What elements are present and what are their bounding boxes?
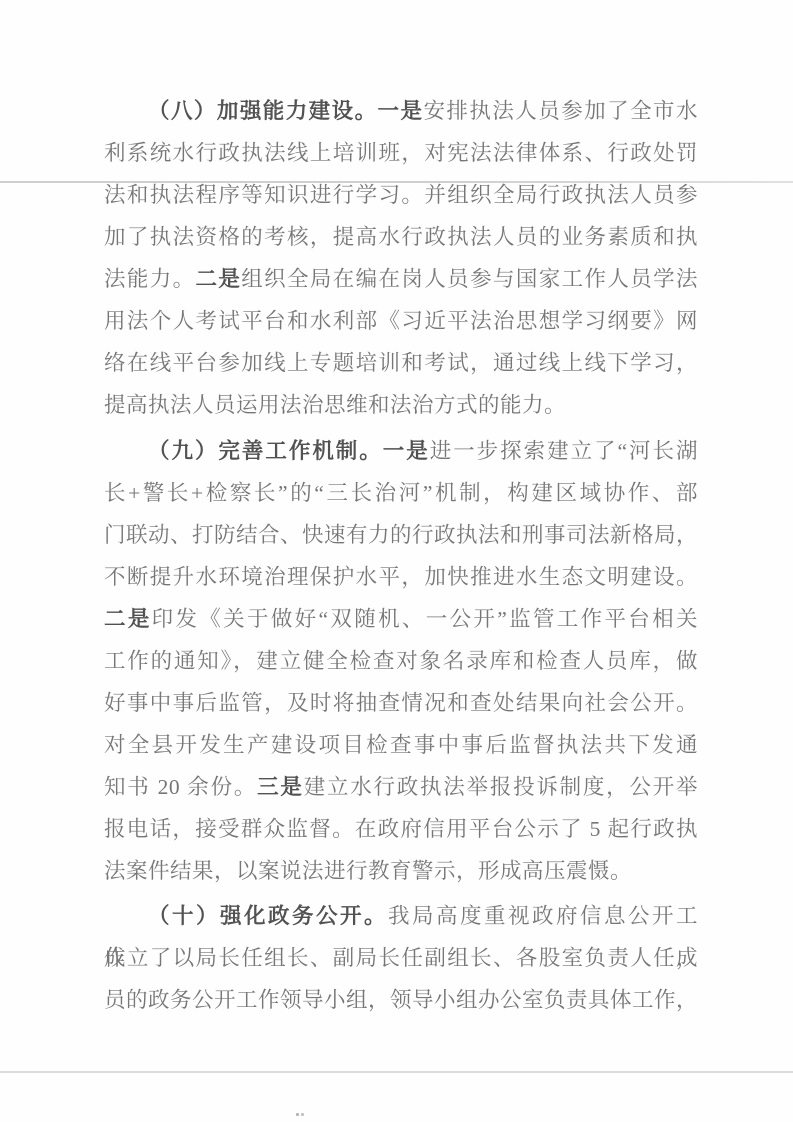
- body-text: 报电话，接受群众监督。在政府信用平台公示了 5 起行政执: [104, 817, 698, 841]
- body-text: 工作的通知》，建立健全检查对象名录库和检查人员库，做: [104, 649, 698, 673]
- scan-artifact-speck: [296, 1113, 299, 1116]
- text-line: 工作的通知》，建立健全检查对象名录库和检查人员库，做: [104, 640, 698, 682]
- text-line: 提高执法人员运用法治思维和法治方式的能力。: [104, 384, 698, 426]
- text-line: 二是印发《关于做好“双随机、一公开”监管工作平台相关: [104, 598, 698, 640]
- document-body: （八）加强能力建设。一是安排执法人员参加了全市水利系统水行政执法线上培训班，对宪…: [104, 90, 698, 1021]
- text-line: 利系统水行政执法线上培训班，对宪法法律体系、行政处罚: [104, 132, 698, 174]
- text-line: 成立了以局长任组长、副局长任副组长、各股室负责人任成: [104, 937, 698, 979]
- body-text: 法和执法程序等知识进行学习。并组织全局行政执法人员参: [104, 183, 698, 207]
- text-line: 用法个人考试平台和水利部《习近平法治思想学习纲要》网: [104, 300, 698, 342]
- body-text: 提高执法人员运用法治思维和法治方式的能力。: [104, 393, 566, 417]
- emphasis-text: （八）加强能力建设。一是: [148, 99, 423, 123]
- text-line: （十）强化政务公开。我局高度重视政府信息公开工作，: [104, 895, 698, 937]
- text-line: 长+警长+检察长”的“三长治河”机制，构建区域协作、部: [104, 472, 698, 514]
- body-text: 建立水行政执法举报投诉制度，公开举: [304, 775, 698, 799]
- body-text: 用法个人考试平台和水利部《习近平法治思想学习纲要》网: [104, 309, 698, 333]
- text-line: 加了执法资格的考核，提高水行政执法人员的业务素质和执: [104, 216, 698, 258]
- text-line: 法和执法程序等知识进行学习。并组织全局行政执法人员参: [104, 174, 698, 216]
- scan-artifact-line-bottom: [0, 1071, 793, 1073]
- text-line: 报电话，接受群众监督。在政府信用平台公示了 5 起行政执: [104, 808, 698, 850]
- text-line: （九）完善工作机制。一是进一步探索建立了“河长湖: [104, 430, 698, 472]
- text-line: 法案件结果，以案说法进行教育警示，形成高压震慑。: [104, 850, 698, 892]
- text-line: 对全县开发生产建设项目检查事中事后监督执法共下发通: [104, 724, 698, 766]
- body-text: 加了执法资格的考核，提高水行政执法人员的业务素质和执: [104, 225, 698, 249]
- body-text: 不断提升水环境治理保护水平，加快推进水生态文明建设。: [104, 565, 698, 589]
- text-line: 好事中事后监管，及时将抽查情况和查处结果向社会公开。: [104, 682, 698, 724]
- emphasis-text: （十）强化政务公开。: [148, 904, 388, 928]
- document-page: （八）加强能力建设。一是安排执法人员参加了全市水利系统水行政执法线上培训班，对宪…: [0, 0, 793, 1122]
- body-text: 员的政务公开工作领导小组，领导小组办公室负责具体工作，: [104, 988, 698, 1012]
- paragraph-section-8: （八）加强能力建设。一是安排执法人员参加了全市水利系统水行政执法线上培训班，对宪…: [104, 90, 698, 426]
- emphasis-text: 二是: [104, 607, 152, 631]
- body-text: 安排执法人员参加了全市水: [423, 99, 698, 123]
- text-line: 法能力。二是组织全局在编在岗人员参与国家工作人员学法: [104, 258, 698, 300]
- emphasis-text: 三是: [257, 775, 304, 799]
- paragraph-section-10: （十）强化政务公开。我局高度重视政府信息公开工作，成立了以局长任组长、副局长任副…: [104, 895, 698, 1021]
- body-text: 成立了以局长任组长、副局长任副组长、各股室负责人任成: [104, 946, 698, 970]
- body-text: 对全县开发生产建设项目检查事中事后监督执法共下发通: [104, 733, 698, 757]
- text-line: 知书 20 余份。三是建立水行政执法举报投诉制度，公开举: [104, 766, 698, 808]
- text-line: 不断提升水环境治理保护水平，加快推进水生态文明建设。: [104, 556, 698, 598]
- body-text: 组织全局在编在岗人员参与国家工作人员学法: [241, 267, 698, 291]
- text-line: 门联动、打防结合、快速有力的行政执法和刑事司法新格局，: [104, 514, 698, 556]
- body-text: 知书 20 余份。: [104, 775, 257, 799]
- text-line: （八）加强能力建设。一是安排执法人员参加了全市水: [104, 90, 698, 132]
- body-text: 好事中事后监管，及时将抽查情况和查处结果向社会公开。: [104, 691, 698, 715]
- body-text: 印发《关于做好“双随机、一公开”监管工作平台相关: [152, 607, 698, 631]
- body-text: 进一步探索建立了“河长湖: [430, 439, 698, 463]
- text-line: 络在线平台参加线上专题培训和考试，通过线上线下学习，: [104, 342, 698, 384]
- body-text: 法案件结果，以案说法进行教育警示，形成高压震慑。: [104, 859, 632, 883]
- emphasis-text: 二是: [196, 267, 242, 291]
- emphasis-text: （九）完善工作机制。一是: [148, 439, 430, 463]
- body-text: 长+警长+检察长”的“三长治河”机制，构建区域协作、部: [104, 481, 698, 505]
- body-text: 门联动、打防结合、快速有力的行政执法和刑事司法新格局，: [104, 523, 698, 547]
- text-line: 员的政务公开工作领导小组，领导小组办公室负责具体工作，: [104, 979, 698, 1021]
- body-text: 法能力。: [104, 267, 196, 291]
- paragraph-section-9: （九）完善工作机制。一是进一步探索建立了“河长湖长+警长+检察长”的“三长治河”…: [104, 430, 698, 892]
- body-text: 利系统水行政执法线上培训班，对宪法法律体系、行政处罚: [104, 141, 698, 165]
- body-text: 络在线平台参加线上专题培训和考试，通过线上线下学习，: [104, 351, 698, 375]
